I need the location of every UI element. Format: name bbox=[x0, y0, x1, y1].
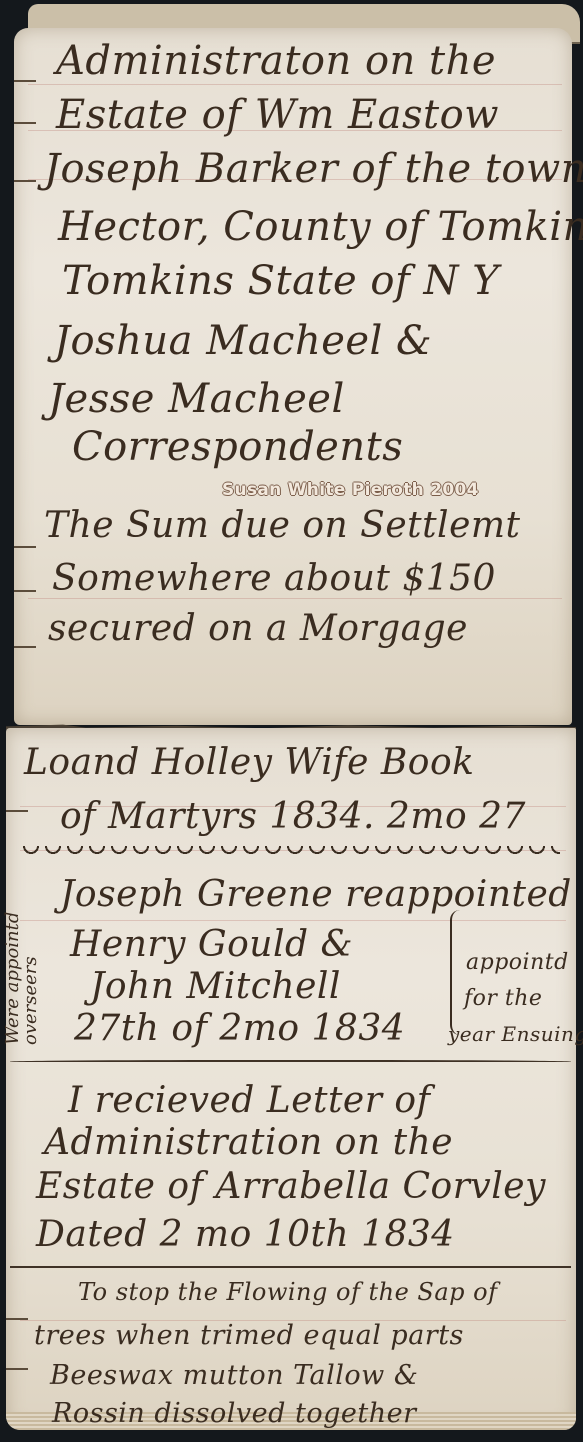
handwritten-line: John Mitchell bbox=[90, 966, 341, 1007]
copyright-watermark: Susan White Pieroth 2004 bbox=[222, 480, 479, 500]
ruled-line bbox=[20, 920, 566, 921]
handwritten-line: Administraton on the bbox=[56, 38, 496, 84]
margin-note: Were appointd overseers bbox=[4, 912, 40, 1045]
handwritten-line: trees when trimed equal parts bbox=[34, 1320, 464, 1351]
handwritten-line: Rossin dissolved together bbox=[52, 1398, 417, 1429]
handwritten-text: Loand Holley Wife Book bbox=[24, 742, 474, 783]
handwritten-line: Dated 2 mo 10th 1834 bbox=[36, 1214, 455, 1255]
margin-tick bbox=[6, 810, 28, 812]
handwritten-line: Joseph Greene reappointed bbox=[60, 874, 572, 915]
margin-tick bbox=[14, 122, 36, 124]
handwritten-line: Joshua Macheel & bbox=[54, 318, 432, 364]
handwritten-line: Henry Gould & bbox=[70, 924, 353, 965]
margin-tick bbox=[14, 646, 36, 648]
handwritten-line: Estate of Arrabella Corvley bbox=[36, 1166, 546, 1207]
handwritten-line: Estate of Wm Eastow bbox=[56, 92, 499, 138]
handwritten-line: Beeswax mutton Tallow & bbox=[50, 1360, 418, 1391]
handwritten-line: Correspondents bbox=[72, 424, 403, 470]
bracket-note-line: for the bbox=[464, 986, 542, 1011]
handwritten-line: of Martyrs 1834. 2mo 27 bbox=[60, 796, 526, 837]
handwritten-line: Tomkins State of N Y bbox=[62, 258, 499, 304]
margin-note-line: overseers bbox=[22, 912, 40, 1045]
margin-tick bbox=[6, 1368, 28, 1370]
margin-tick bbox=[6, 1318, 28, 1320]
handwritten-line: I recieved Letter of bbox=[68, 1080, 430, 1121]
handwritten-text: Hector, County of Tomkins bbox=[58, 204, 583, 250]
handwritten-line: Somewhere about $150 bbox=[52, 558, 496, 599]
handwritten-line: The Sum due on Settlemt bbox=[44, 505, 520, 546]
margin-tick bbox=[14, 180, 36, 182]
margin-tick bbox=[14, 590, 36, 592]
ruled-line bbox=[28, 84, 562, 85]
wavy-divider bbox=[20, 846, 560, 858]
handwritten-line: Joseph Barker of the town bbox=[44, 146, 583, 192]
margin-tick bbox=[14, 80, 36, 82]
handwritten-line: Administration on the bbox=[44, 1122, 453, 1163]
bracket-note-line: appointd bbox=[466, 950, 569, 975]
divider-line bbox=[10, 1266, 571, 1268]
handwritten-line: 27th of 2mo 1834 bbox=[74, 1008, 405, 1049]
bracket-note-line: year Ensuing bbox=[448, 1022, 583, 1046]
divider-line bbox=[10, 1060, 571, 1064]
handwritten-line: secured on a Morgage bbox=[48, 608, 468, 649]
handwritten-line: Hector, County of Tomkins bbox=[58, 204, 583, 250]
handwritten-line: To stop the Flowing of the Sap of bbox=[78, 1278, 497, 1306]
handwritten-line: Loand Holley Wife Book bbox=[24, 742, 474, 783]
margin-tick bbox=[14, 546, 36, 548]
handwritten-line: Jesse Macheel bbox=[48, 376, 345, 422]
